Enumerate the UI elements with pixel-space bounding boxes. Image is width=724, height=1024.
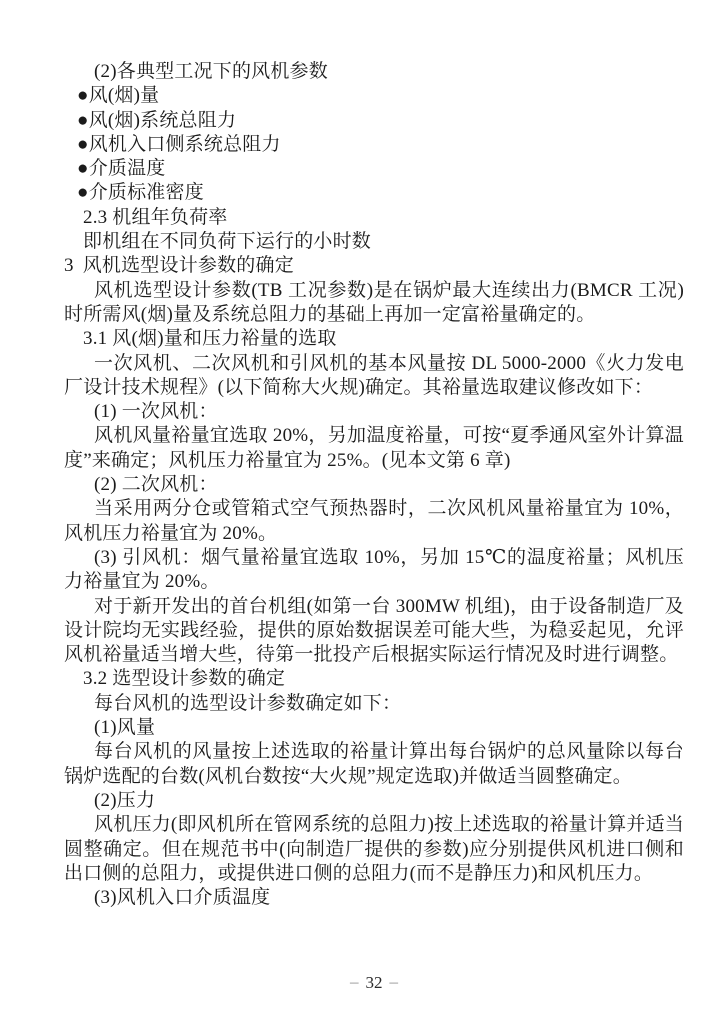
document-body: (2)各典型工况下的风机参数●风(烟)量●风(烟)系统总阻力●风机入口侧系统总阻… xyxy=(64,60,684,910)
footer-dash-right: – xyxy=(390,972,399,991)
subsection-heading: 2.3 机组年负荷率 xyxy=(64,206,684,230)
footer-dash-left: – xyxy=(350,972,359,991)
bullet-icon: ● xyxy=(77,182,89,203)
page-footer: –32– xyxy=(64,971,684,995)
bullet-item: ●风机入口侧系统总阻力 xyxy=(64,133,684,157)
paragraph: 每台风机的风量按上述选取的裕量计算出每台锅炉的总风量除以每台锅炉选配的台数(风机… xyxy=(64,740,684,789)
section-title: 风机选型设计参数的确定 xyxy=(83,255,294,276)
bullet-item: ●风(烟)系统总阻力 xyxy=(64,109,684,133)
bullet-icon: ● xyxy=(77,158,89,179)
paragraph: 风机风量裕量宜选取 20%，另加温度裕量，可按“夏季通风室外计算温度”来确定；风… xyxy=(64,424,684,473)
paragraph: (1) 一次风机： xyxy=(64,400,684,424)
bullet-item: ●介质温度 xyxy=(64,157,684,181)
bullet-text: 风(烟)量 xyxy=(89,85,160,106)
bullet-text: 风机入口侧系统总阻力 xyxy=(89,134,281,155)
document-page: (2)各典型工况下的风机参数●风(烟)量●风(烟)系统总阻力●风机入口侧系统总阻… xyxy=(0,0,724,1024)
bullet-icon: ● xyxy=(77,134,89,155)
paragraph: 每台风机的选型设计参数确定如下： xyxy=(64,692,684,716)
paragraph: 风机压力(即风机所在管网系统的总阻力)按上述选取的裕量计算并适当圆整确定。但在规… xyxy=(64,813,684,886)
paragraph: (2)各典型工况下的风机参数 xyxy=(64,60,684,84)
paragraph: 当采用两分仓或管箱式空气预热器时，二次风机风量裕量宜为 10%，风机压力裕量宜为… xyxy=(64,497,684,546)
bullet-icon: ● xyxy=(77,110,89,131)
paragraph: 一次风机、二次风机和引风机的基本风量按 DL 5000-2000《火力发电厂设计… xyxy=(64,352,684,401)
paragraph: (3) 引风机：烟气量裕量宜选取 10%，另加 15℃的温度裕量；风机压力裕量宜… xyxy=(64,546,684,595)
paragraph: 即机组在不同负荷下运行的小时数 xyxy=(64,230,684,254)
paragraph: 对于新开发出的首台机组(如第一台 300MW 机组)，由于设备制造厂及设计院均无… xyxy=(64,595,684,668)
page-number: 32 xyxy=(366,973,383,992)
subsection-heading: 3.1 风(烟)量和压力裕量的选取 xyxy=(64,327,684,351)
paragraph: (3)风机入口介质温度 xyxy=(64,886,684,910)
bullet-item: ●介质标准密度 xyxy=(64,181,684,205)
bullet-text: 介质温度 xyxy=(89,158,166,179)
paragraph: (2)压力 xyxy=(64,789,684,813)
bullet-text: 介质标准密度 xyxy=(89,182,204,203)
bullet-text: 风(烟)系统总阻力 xyxy=(89,110,236,131)
section-heading: 3风机选型设计参数的确定 xyxy=(64,254,684,278)
bullet-icon: ● xyxy=(77,85,89,106)
paragraph: 风机选型设计参数(TB 工况参数)是在锅炉最大连续出力(BMCR 工况)时所需风… xyxy=(64,279,684,328)
section-number: 3 xyxy=(64,254,74,278)
paragraph: (2) 二次风机： xyxy=(64,473,684,497)
paragraph: (1)风量 xyxy=(64,716,684,740)
bullet-item: ●风(烟)量 xyxy=(64,84,684,108)
subsection-heading: 3.2 选型设计参数的确定 xyxy=(64,667,684,691)
